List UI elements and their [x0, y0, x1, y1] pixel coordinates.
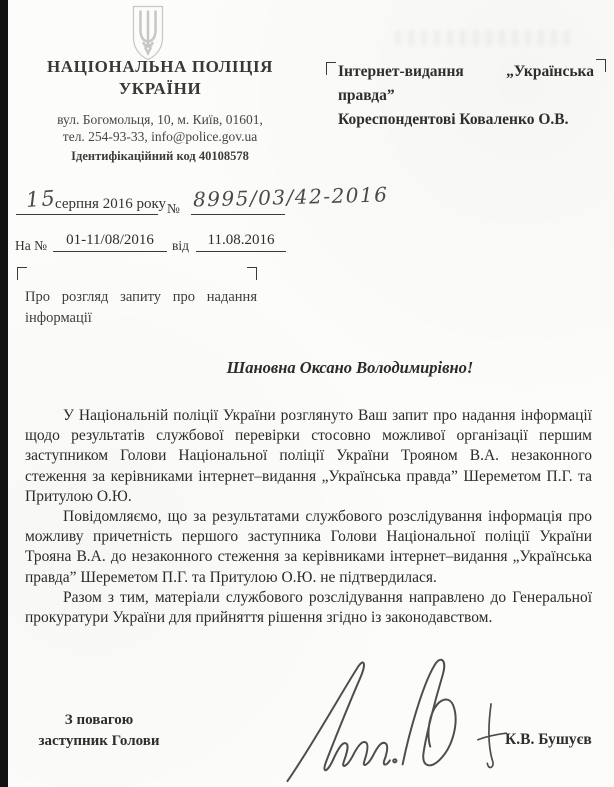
subject-text: Про розгляд запиту про надання інформаці… [25, 287, 257, 329]
from-label: від [172, 238, 189, 254]
addressee-corner-bracket-left [326, 62, 336, 75]
regards-line1: З повагою [20, 710, 178, 731]
subject-corner-bracket-left [17, 267, 27, 280]
addressee-corner-bracket-right [596, 59, 606, 72]
letter-body: У Національній поліції України розглянут… [25, 406, 592, 628]
faint-stamp-artifact [395, 30, 570, 46]
handwritten-day: 15 [25, 186, 57, 212]
org-name: НАЦІОНАЛЬНА ПОЛІЦІЯ УКРАЇНИ [12, 56, 308, 100]
salutation: Шановна Оксано Володимирівно! [180, 358, 520, 378]
handwritten-outgoing-number: 8995/03/42-2016 [193, 182, 389, 211]
body-paragraph-1: У Національній поліції України розглянут… [25, 406, 592, 507]
number-sign: № [167, 201, 180, 217]
reply-number-field: 01-11/08/2016 [53, 232, 167, 252]
addressee-line2: правда” [338, 84, 594, 108]
addressee-line1: Інтернет-видання „Українська [338, 60, 594, 84]
handwritten-signature-icon [272, 658, 490, 786]
signature-cross-mark-icon [476, 700, 508, 772]
scan-edge-strip [0, 0, 8, 787]
tryzub-emblem-icon [116, 4, 180, 62]
regards-line2: заступник Голови [20, 731, 178, 752]
from-date-field: 11.08.2016 [196, 232, 286, 252]
signer-name: К.В. Бушуєв [505, 731, 592, 749]
addressee-line3: Кореспондентові Коваленко О.В. [338, 108, 594, 132]
subject-corner-bracket-right [247, 267, 257, 280]
reply-to-label: На № [15, 238, 47, 254]
regards-block: З повагою заступник Голови [20, 710, 178, 752]
org-id-code: Ідентифікаційний код 40108578 [12, 149, 308, 164]
body-paragraph-2: Повідомляємо, що за результатами службов… [25, 507, 592, 588]
org-address-line1: вул. Богомольця, 10, м. Київ, 01601, [12, 112, 308, 129]
org-address-line2: тел. 254-93-33, info@police.gov.ua [12, 129, 308, 146]
addressee-block: Інтернет-видання „Українська правда” Кор… [338, 60, 594, 132]
body-paragraph-3: Разом з тим, матеріали службового розслі… [25, 588, 592, 628]
scanned-letter-page: НАЦІОНАЛЬНА ПОЛІЦІЯ УКРАЇНИ вул. Богомол… [0, 0, 614, 787]
org-address: вул. Богомольця, 10, м. Київ, 01601, тел… [12, 112, 308, 145]
addressee-line1-right: „Українська [506, 60, 594, 84]
printed-date: серпня 2016 року [55, 196, 166, 213]
org-name-line2: УКРАЇНИ [12, 78, 308, 100]
addressee-line1-left: Інтернет-видання [338, 60, 464, 84]
org-name-line1: НАЦІОНАЛЬНА ПОЛІЦІЯ [12, 56, 308, 78]
